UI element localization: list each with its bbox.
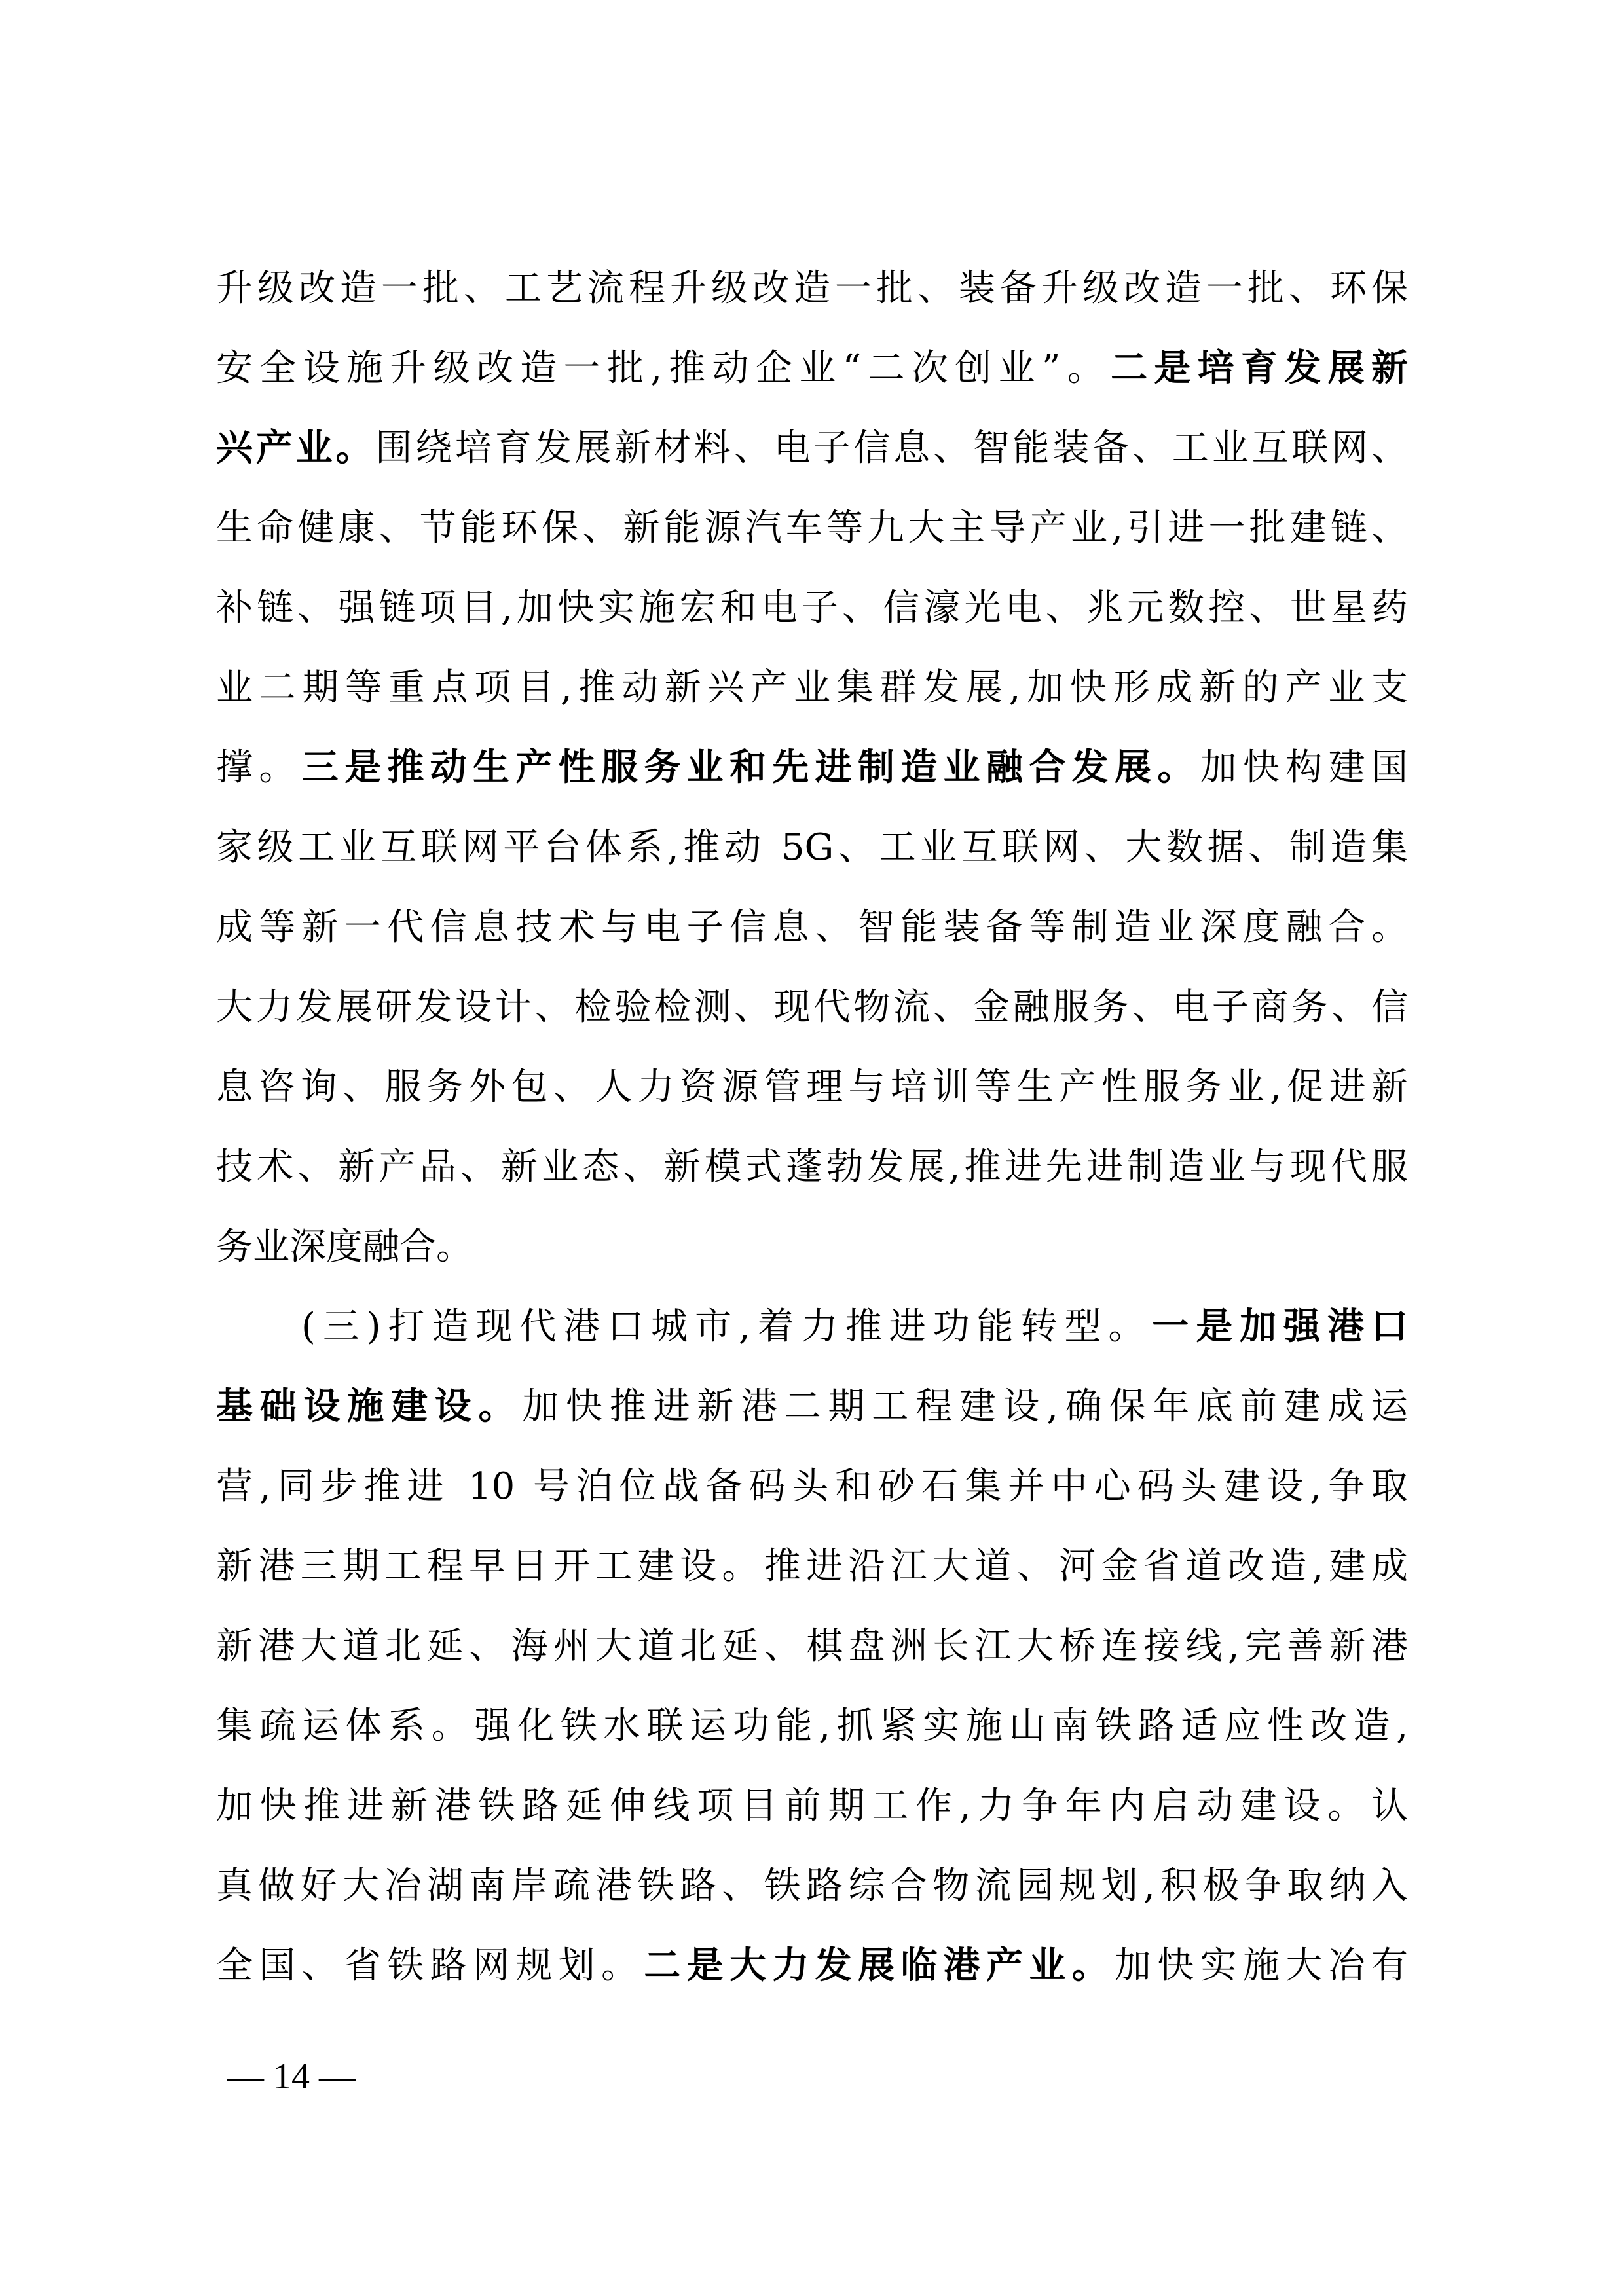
- section-heading-line: (三)打造现代港口城市,着力推进功能转型。一是加强港口: [216, 1287, 1408, 1367]
- body-text-segment: 加快推进新港铁路延伸线项目前期工作,力争年内启动建设。认: [216, 1785, 1408, 1827]
- body-text: 升级改造一批、工艺流程升级改造一批、装备升级改造一批、环保安全设施升级改造一批,…: [216, 249, 1408, 2006]
- text-line: 成等新一代信息技术与电子信息、智能装备等制造业深度融合。: [216, 888, 1408, 968]
- text-line: 全国、省铁路网规划。二是大力发展临港产业。加快实施大冶有: [216, 1926, 1408, 2006]
- body-text-segment: 撑。: [216, 746, 302, 789]
- body-text-segment: 成等新一代信息技术与电子信息、智能装备等制造业深度融合。: [216, 906, 1408, 949]
- emphasis-text: 二是培育发展新: [1111, 347, 1408, 390]
- text-line: 生命健康、节能环保、新能源汽车等九大主导产业,引进一批建链、: [216, 488, 1408, 568]
- document-page: 升级改造一批、工艺流程升级改造一批、装备升级改造一批、环保安全设施升级改造一批,…: [0, 0, 1624, 2296]
- body-text-segment: 全国、省铁路网规划。: [216, 1944, 644, 1987]
- body-text-segment: 业二期等重点项目,推动新兴产业集群发展,加快形成新的产业支: [216, 666, 1408, 709]
- text-line: 业二期等重点项目,推动新兴产业集群发展,加快形成新的产业支: [216, 648, 1408, 728]
- text-line: 息咨询、服务外包、人力资源管理与培训等生产性服务业,促进新: [216, 1048, 1408, 1127]
- body-text-segment: 生命健康、节能环保、新能源汽车等九大主导产业,引进一批建链、: [216, 507, 1408, 549]
- text-line: 集疏运体系。强化铁水联运功能,抓紧实施山南铁路适应性改造,: [216, 1686, 1408, 1766]
- text-line: 升级改造一批、工艺流程升级改造一批、装备升级改造一批、环保: [216, 249, 1408, 329]
- body-text-segment: 升级改造一批、工艺流程升级改造一批、装备升级改造一批、环保: [216, 267, 1408, 310]
- body-text-segment: 营,同步推进 10 号泊位战备码头和砂石集并中心码头建设,争取: [216, 1465, 1408, 1508]
- text-line: 技术、新产品、新业态、新模式蓬勃发展,推进先进制造业与现代服: [216, 1127, 1408, 1207]
- text-line: 安全设施升级改造一批,推动企业“二次创业”。二是培育发展新: [216, 329, 1408, 409]
- emphasis-text: 三是推动生产性服务业和先进制造业融合发展。: [302, 746, 1200, 789]
- emphasis-text: 一是加强港口: [1152, 1305, 1408, 1348]
- body-text-segment: 集疏运体系。强化铁水联运功能,抓紧实施山南铁路适应性改造,: [216, 1705, 1408, 1747]
- text-line: 加快推进新港铁路延伸线项目前期工作,力争年内启动建设。认: [216, 1766, 1408, 1846]
- body-text-segment: 加快实施大冶有: [1115, 1944, 1408, 1987]
- body-text-segment: 务业深度融合。: [216, 1226, 473, 1268]
- emphasis-text: 基础设施建设。: [216, 1385, 522, 1428]
- text-line: 兴产业。围绕培育发展新材料、电子信息、智能装备、工业互联网、: [216, 409, 1408, 488]
- emphasis-text: 二是大力发展临港产业。: [644, 1944, 1115, 1987]
- text-line: 补链、强链项目,加快实施宏和电子、信濠光电、兆元数控、世星药: [216, 568, 1408, 648]
- body-text-segment: 真做好大冶湖南岸疏港铁路、铁路综合物流园规划,积极争取纳入: [216, 1865, 1408, 1907]
- body-text-segment: 技术、新产品、新业态、新模式蓬勃发展,推进先进制造业与现代服: [216, 1146, 1408, 1188]
- text-line: 家级工业互联网平台体系,推动 5G、工业互联网、大数据、制造集: [216, 808, 1408, 888]
- body-text-segment: 息咨询、服务外包、人力资源管理与培训等生产性服务业,促进新: [216, 1066, 1408, 1108]
- text-line: 务业深度融合。: [216, 1207, 1408, 1287]
- body-text-segment: 围绕培育发展新材料、电子信息、智能装备、工业互联网、: [375, 427, 1408, 469]
- text-line: 新港三期工程早日开工建设。推进沿江大道、河金省道改造,建成: [216, 1527, 1408, 1607]
- body-text-segment: 加快推进新港二期工程建设,确保年底前建成运: [522, 1385, 1408, 1428]
- body-text-segment: 加快构建国: [1200, 746, 1408, 789]
- emphasis-text: 兴产业。: [216, 427, 375, 469]
- body-text-segment: 安全设施升级改造一批,推动企业“二次创业”。: [216, 347, 1111, 390]
- text-line: 撑。三是推动生产性服务业和先进制造业融合发展。加快构建国: [216, 728, 1408, 808]
- text-line: 营,同步推进 10 号泊位战备码头和砂石集并中心码头建设,争取: [216, 1447, 1408, 1527]
- page-number: — 14 —: [227, 2056, 356, 2098]
- body-text-segment: 新港三期工程早日开工建设。推进沿江大道、河金省道改造,建成: [216, 1545, 1408, 1588]
- text-line: 新港大道北延、海州大道北延、棋盘洲长江大桥连接线,完善新港: [216, 1607, 1408, 1686]
- text-line: 基础设施建设。加快推进新港二期工程建设,确保年底前建成运: [216, 1367, 1408, 1447]
- text-line: 大力发展研发设计、检验检测、现代物流、金融服务、电子商务、信: [216, 968, 1408, 1048]
- body-text-segment: 大力发展研发设计、检验检测、现代物流、金融服务、电子商务、信: [216, 986, 1408, 1029]
- body-text-segment: 家级工业互联网平台体系,推动 5G、工业互联网、大数据、制造集: [216, 826, 1408, 869]
- body-text-segment: 新港大道北延、海州大道北延、棋盘洲长江大桥连接线,完善新港: [216, 1625, 1408, 1667]
- text-line: 真做好大冶湖南岸疏港铁路、铁路综合物流园规划,积极争取纳入: [216, 1846, 1408, 1926]
- section-heading: (三)打造现代港口城市,着力推进功能转型。: [301, 1305, 1152, 1348]
- body-text-segment: 补链、强链项目,加快实施宏和电子、信濠光电、兆元数控、世星药: [216, 587, 1408, 629]
